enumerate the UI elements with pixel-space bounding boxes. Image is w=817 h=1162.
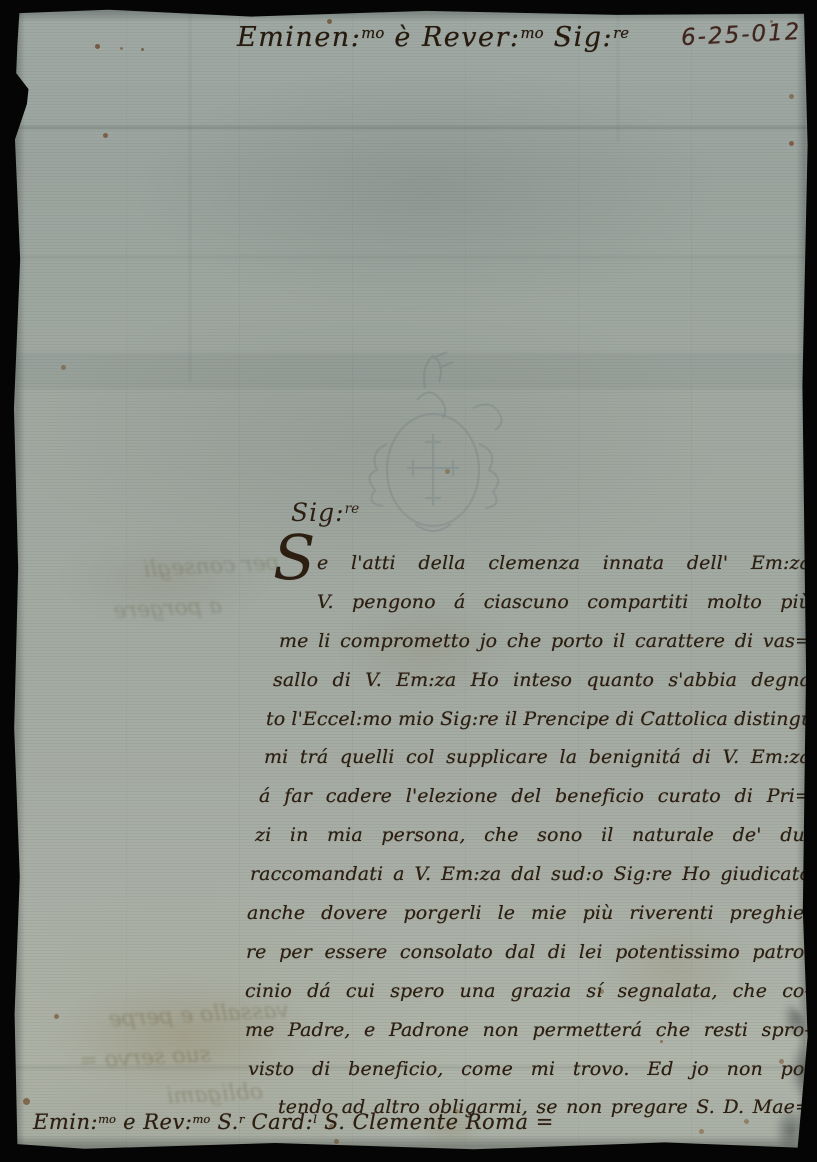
- docket-text: e Rev:: [116, 1110, 192, 1134]
- body-line: V. pengono á ciascuno compartiti molto p…: [317, 583, 811, 622]
- heading-text: Eminen:: [237, 22, 361, 53]
- docket-text: Card:: [244, 1110, 313, 1134]
- body-line: anche dovere porgerli le mie più riveren…: [247, 894, 811, 933]
- body-line: e l'atti della clemenza innata dell' Em:…: [317, 544, 811, 583]
- body-line: cinio dá cui spero una grazia sí segnala…: [245, 972, 811, 1011]
- letter-body: S e l'atti della clemenza innata dell' E…: [245, 544, 811, 1127]
- body-line: raccomandati a V. Em:za dal sud:o Sig:re…: [250, 855, 811, 894]
- docket-superscript: mo: [98, 1112, 116, 1126]
- scanner-background: per consegli a porgere vassallo e perpe …: [0, 0, 817, 1162]
- heading-text: Sig:: [544, 22, 614, 53]
- vertical-crease: [189, 12, 191, 382]
- body-line: re per essere consolato dal di lei poten…: [246, 933, 811, 972]
- stain: [60, 533, 270, 623]
- docket-text: S.: [210, 1110, 239, 1134]
- body-line: me Padre, e Padrone non permetterá che r…: [245, 1011, 811, 1050]
- horizontal-crease: [13, 256, 808, 258]
- body-line: to l'Eccel:mo mio Sig:re il Prencipe di …: [266, 700, 811, 739]
- heading-superscript: mo: [521, 24, 544, 42]
- body-line: á far cadere l'elezione del beneficio cu…: [259, 777, 811, 816]
- docket-superscript: l: [313, 1112, 317, 1126]
- address-docket: Emin:mo e Rev:mo S.r Card:l S. Clemente …: [33, 1110, 554, 1134]
- showthrough-text: per consegli: [29, 544, 281, 597]
- showthrough-text: suo servo =: [20, 1035, 212, 1085]
- salutation-superscript: re: [345, 501, 360, 517]
- body-line: sallo di V. Em:za Ho inteso quanto s'abb…: [273, 661, 811, 700]
- showthrough-text: a porgere: [31, 587, 223, 637]
- decorated-initial: S: [273, 528, 315, 588]
- coat-of-arms-watermark: [355, 348, 515, 548]
- docket-text: Emin:: [33, 1110, 98, 1134]
- manuscript-page: per consegli a porgere vassallo e perpe …: [13, 8, 808, 1151]
- archival-number: 6-25-012: [680, 19, 802, 51]
- body-line: visto di beneficio, come mi trovo. Ed jo…: [248, 1050, 811, 1089]
- foxing-spots: [13, 8, 16, 11]
- docket-text: S. Clemente Roma =: [317, 1110, 554, 1134]
- heading-superscript: mo: [361, 24, 384, 42]
- body-line: me li comprometto jo che porto il caratt…: [279, 622, 811, 661]
- docket-superscript: mo: [192, 1112, 210, 1126]
- docket-superscript: r: [239, 1112, 245, 1126]
- horizontal-crease: [13, 126, 808, 129]
- horizontal-crease: [13, 353, 808, 389]
- heading-text: è Rever:: [384, 22, 520, 53]
- body-lines: e l'atti della clemenza innata dell' Em:…: [245, 544, 811, 1127]
- body-line: zi in mia persona, che sono il naturale …: [255, 816, 811, 855]
- heading-superscript: re: [613, 24, 629, 42]
- letter-heading: Eminen:mo è Rever:mo Sig:re: [123, 22, 743, 53]
- body-line: mi trá quelli col supplicare la benignit…: [264, 738, 811, 777]
